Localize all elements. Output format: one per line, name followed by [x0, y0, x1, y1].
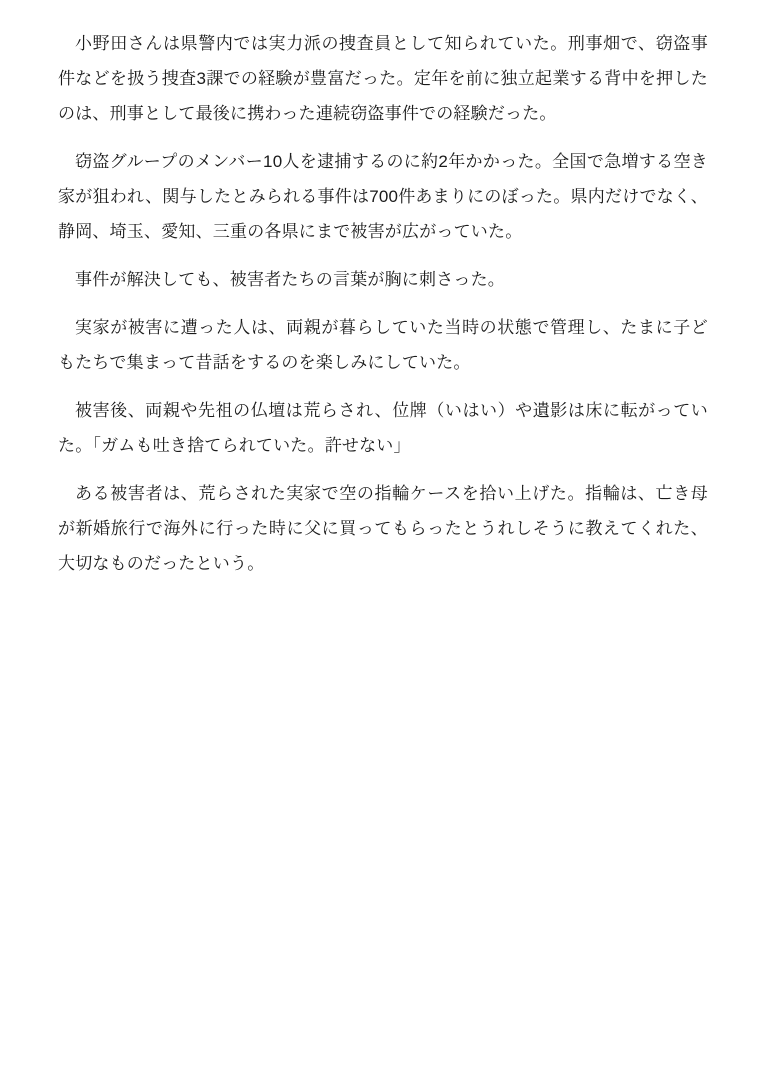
document-page: 小野田さんは県警内では実力派の捜査員として知られていた。刑事畑で、窃盗事件などを…	[0, 0, 768, 1086]
article-body: 小野田さんは県警内では実力派の捜査員として知られていた。刑事畑で、窃盗事件などを…	[58, 26, 708, 581]
paragraph-4: 実家が被害に遭った人は、両親が暮らしていた当時の状態で管理し、たまに子どもたちで…	[58, 310, 708, 380]
paragraph-6: ある被害者は、荒らされた実家で空の指輪ケースを拾い上げた。指輪は、亡き母が新婚旅…	[58, 476, 708, 581]
paragraph-2: 窃盗グループのメンバー10人を逮捕するのに約2年かかった。全国で急増する空き家が…	[58, 144, 708, 249]
paragraph-3: 事件が解決しても、被害者たちの言葉が胸に刺さった。	[58, 262, 708, 297]
paragraph-1: 小野田さんは県警内では実力派の捜査員として知られていた。刑事畑で、窃盗事件などを…	[58, 26, 708, 131]
paragraph-5: 被害後、両親や先祖の仏壇は荒らされ、位牌（いはい）や遺影は床に転がっていた。「ガ…	[58, 393, 708, 463]
